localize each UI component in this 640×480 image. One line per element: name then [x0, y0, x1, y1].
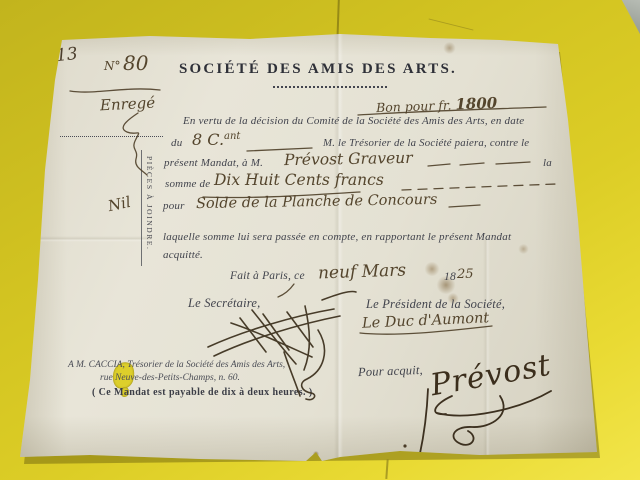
- hand-strokes-svg: [0, 0, 640, 480]
- document-paper: PIÈCES À JOINDRE. Nil 13 N° 80 Enregé SO…: [0, 0, 640, 480]
- secretary-signature-strokes: [208, 291, 356, 399]
- registered-flourish: [123, 113, 147, 175]
- ink-flourishes: [70, 89, 556, 334]
- corner-object-edge: [614, 0, 640, 34]
- amount-underline: [203, 192, 360, 198]
- fill-dash: [449, 205, 480, 207]
- fill-dash: [460, 163, 484, 165]
- number-flourish: [70, 89, 160, 92]
- backdrop-scratch: [429, 18, 474, 30]
- bon-pour-underline: [358, 107, 546, 115]
- fill-dash: [428, 164, 450, 166]
- president-underline: [360, 326, 492, 334]
- thread-fiber: [385, 459, 388, 479]
- photo-of-document: PIÈCES À JOINDRE. Nil 13 N° 80 Enregé SO…: [0, 0, 640, 480]
- fill-dash: [496, 162, 530, 164]
- pinhole: [403, 444, 406, 447]
- date-pen-tail: [278, 284, 294, 297]
- acquit-signature-flourishes: [419, 389, 551, 458]
- fill-dash-series: [402, 184, 556, 190]
- fill-dash: [247, 148, 312, 151]
